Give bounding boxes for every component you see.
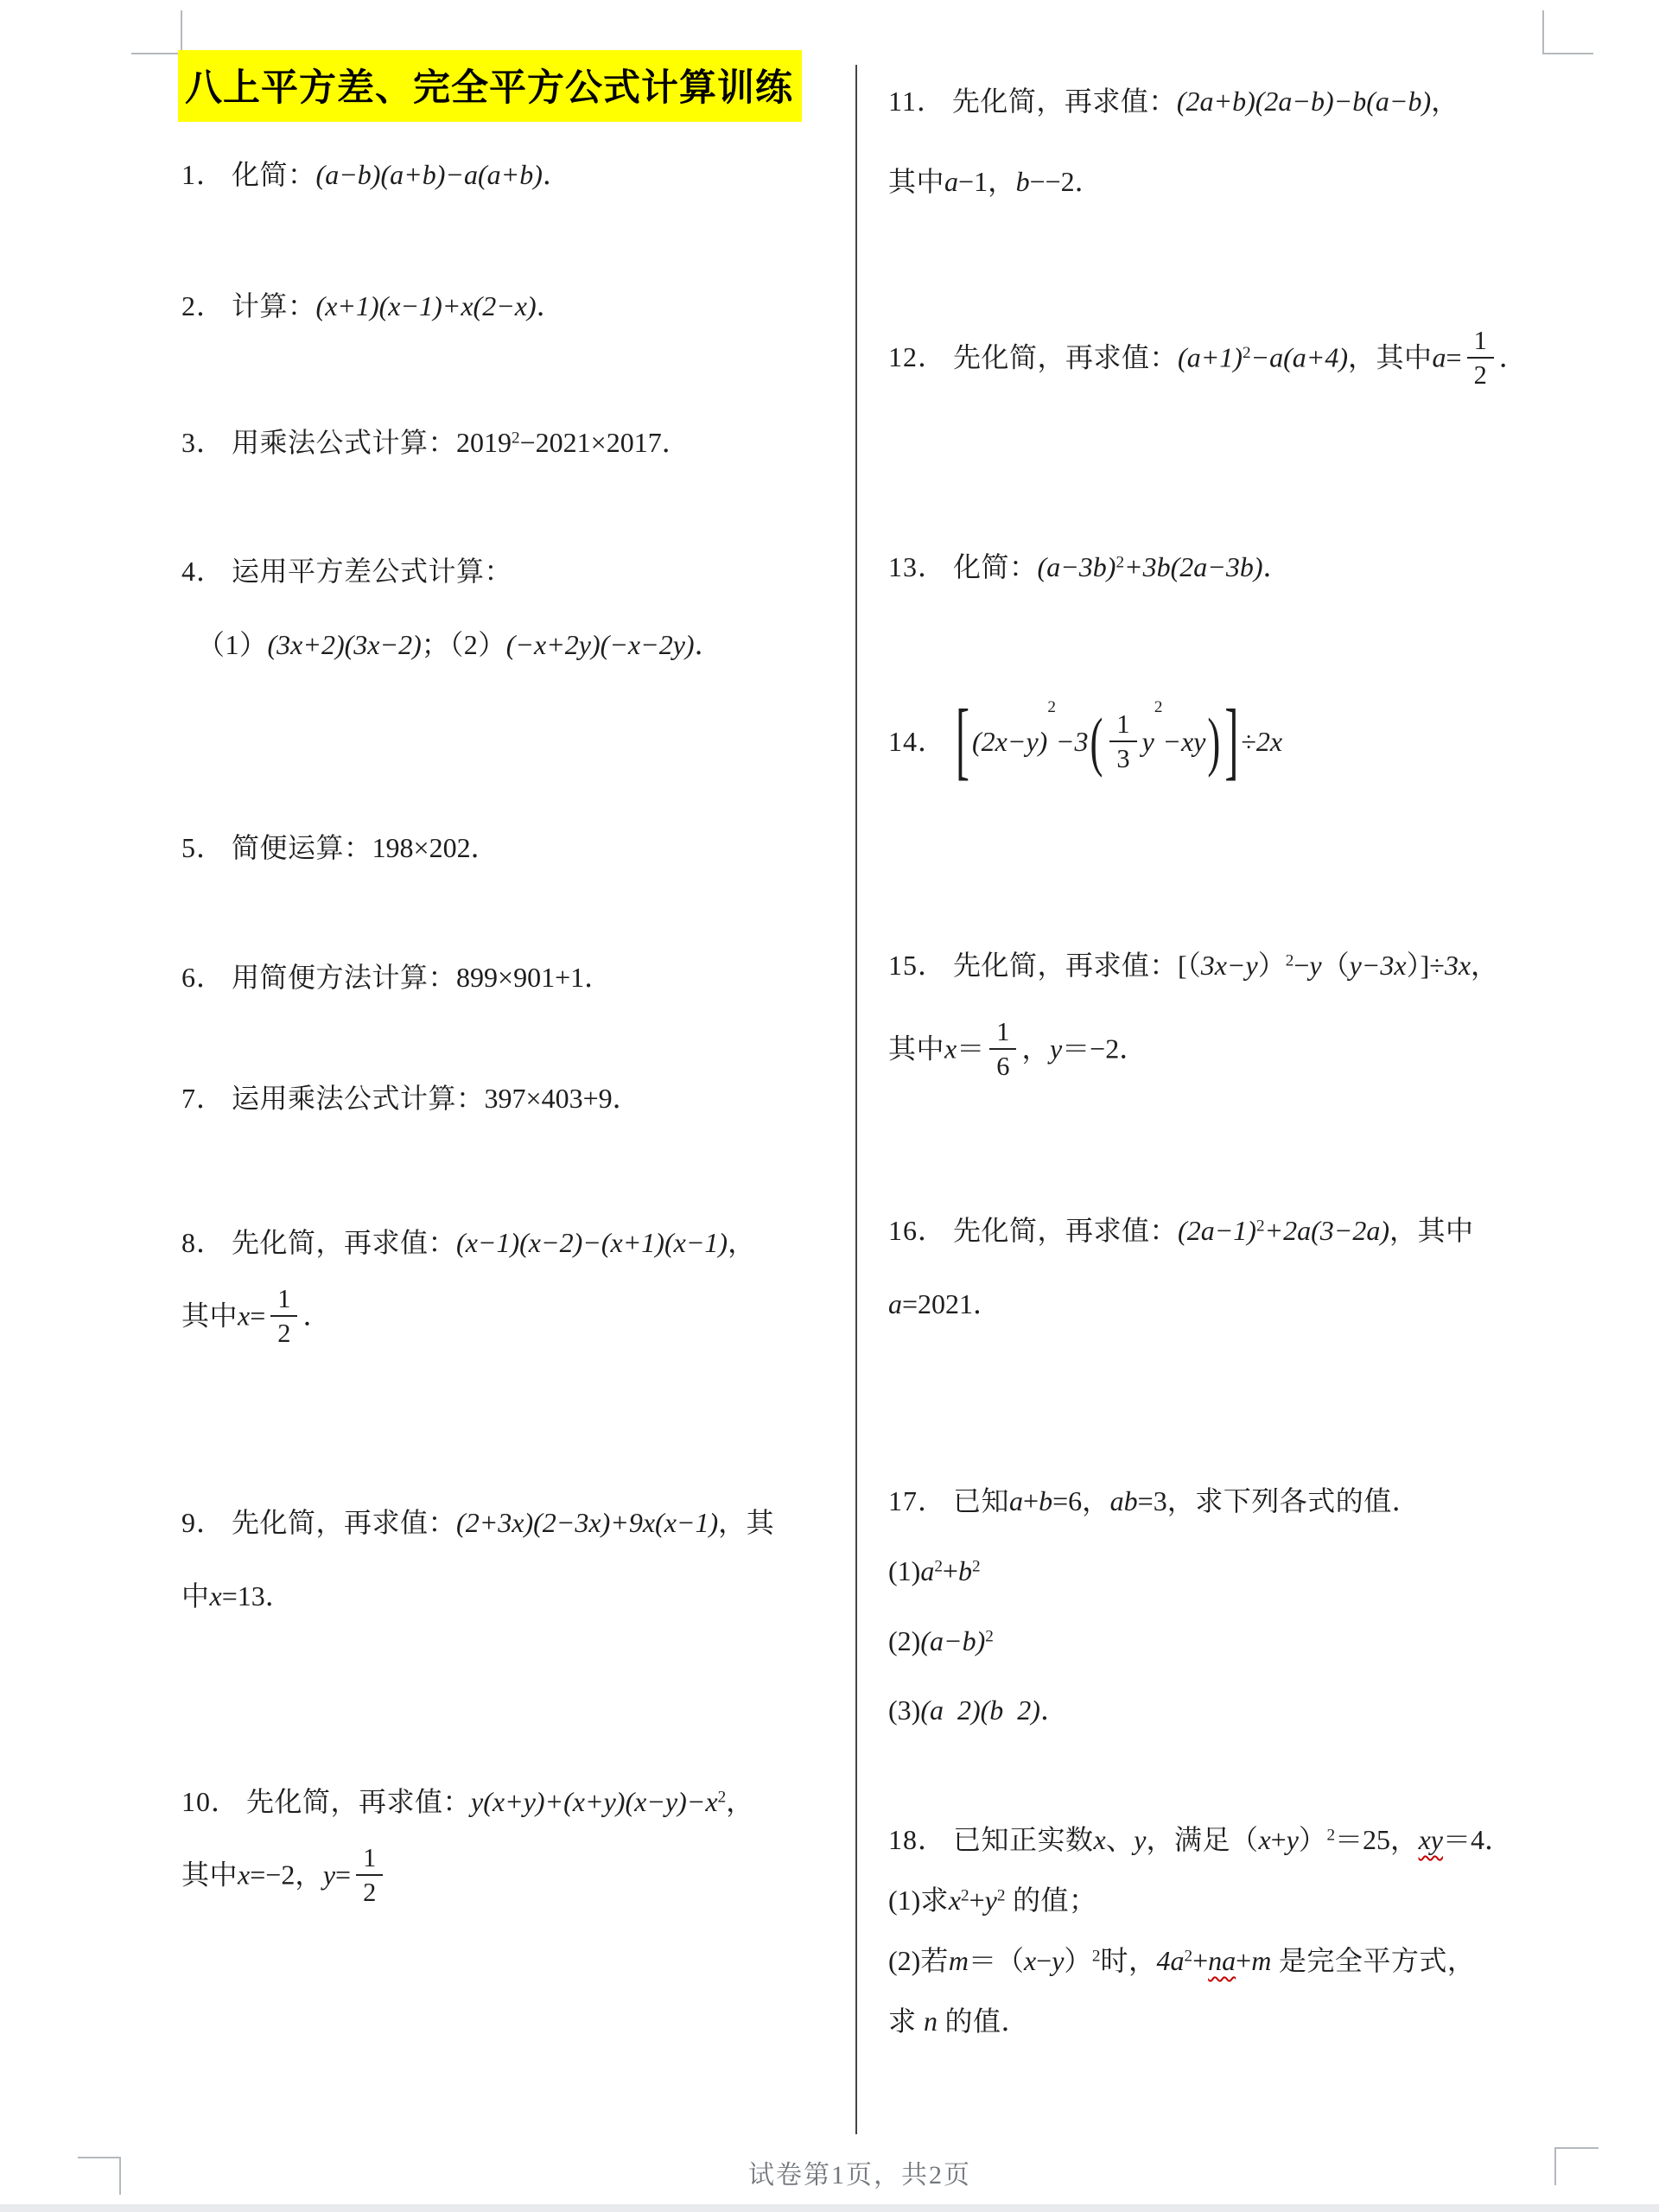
text-segment: 先化简，再求值： (953, 950, 1178, 981)
math-segment: =6 (1052, 1485, 1082, 1516)
math-segment: + (1271, 1824, 1287, 1855)
superscript: 2 (1286, 952, 1294, 970)
fraction-denominator: 6 (989, 1050, 1016, 1081)
superscript: 2 (718, 1788, 727, 1806)
text-segment: ，其中 (1389, 1215, 1474, 1246)
problem-line: 其中x=−2，y=12 (181, 1846, 847, 1910)
text-segment: 用简便方法计算： (232, 962, 456, 993)
problem-5: 5．简便运算：198×202． (181, 829, 847, 868)
superscript: 2 (972, 1557, 981, 1575)
problem-14: 14．[(2x−y)2−3(13y2−xy)]÷2x (888, 683, 1597, 799)
superscript: 2 (512, 429, 520, 447)
math-segment: −1 (958, 166, 988, 197)
math-segment: ． (302, 1300, 330, 1332)
text-segment: 是完全平方式， (1271, 1945, 1475, 1976)
problem-line: 其中x=12． (181, 1287, 847, 1351)
math-segment: x (1024, 1945, 1036, 1976)
math-segment: (a−3b) (1038, 551, 1116, 582)
text-segment: 计算： (232, 290, 316, 321)
math-segment: y (1287, 1824, 1299, 1855)
problem-line: 18．已知正实数x、y，满足（x+y）2＝25，xy＝4． (888, 1821, 1597, 1859)
math-segment: ． (1075, 166, 1103, 197)
page-bottom-edge (0, 2204, 1659, 2212)
math-segment: a (944, 166, 958, 197)
text-segment: 的值． (938, 2005, 1029, 2037)
problem-17: 17．已知a+b=6，ab=3，求下列各式的值．(1)a2+b2(2)(a−b)… (888, 1482, 1597, 1730)
problem-line: 12．先化简，再求值：(a+1)2−a(a+4)，其中a=12． (888, 328, 1597, 392)
text-segment: ， (1082, 1485, 1110, 1516)
crop-mark-top-right-horizontal (1543, 53, 1593, 54)
text-segment: ， (1021, 1033, 1050, 1065)
fraction-denominator: 2 (270, 1317, 297, 1348)
math-segment: = (1446, 341, 1462, 372)
problem-line: (2)(a−b)2 (888, 1622, 1597, 1661)
problem-number: 16． (888, 1215, 946, 1246)
math-segment: −xy (1162, 722, 1205, 761)
problem-18: 18．已知正实数x、y，满足（x+y）2＝25，xy＝4．(1)求x2+y2 的… (888, 1821, 1597, 2040)
text-segment: ；（2） (422, 629, 506, 660)
math-segment: ． (695, 629, 722, 660)
math-segment: (a 2)(b 2) (920, 1694, 1040, 1726)
problem-number: 7． (181, 1083, 225, 1114)
math-segment: x (1258, 1824, 1270, 1855)
math-segment: (2a−1) (1178, 1215, 1256, 1246)
problem-number: 14． (888, 722, 946, 761)
math-segment: −−2 (1030, 166, 1075, 197)
math-segment: ． (537, 290, 564, 321)
math-segment: x (1094, 1824, 1106, 1855)
text-segment: ） (1064, 1945, 1092, 1976)
math-segment: x (949, 1885, 961, 1916)
worksheet-page: { "page": { "title": "八上平方差、完全平方公式计算训练",… (0, 0, 1659, 2212)
math-segment: a (888, 1288, 902, 1319)
math-segment: xy (1419, 1824, 1443, 1855)
fraction: 16 (989, 1017, 1016, 1081)
math-segment: y (1134, 1824, 1146, 1855)
superscript: 2 (961, 1886, 969, 1904)
problem-4: 4．运用平方差公式计算：（1）(3x+2)(3x−2)；（2）(−x+2y)(−… (181, 552, 847, 664)
fraction-numerator: 1 (1109, 709, 1136, 742)
math-segment: (2+3x)(2−3x)+9x(x−1) (456, 1507, 718, 1538)
math-segment: −2021×2017 (520, 427, 662, 458)
fraction: 12 (356, 1843, 383, 1907)
problem-line: 17．已知a+b=6，ab=3，求下列各式的值． (888, 1482, 1597, 1521)
big-paren: ( (1090, 696, 1103, 788)
math-segment: ． (1040, 1694, 1068, 1726)
math-segment: ＝25 (1335, 1824, 1390, 1855)
math-segment: 2x (1256, 722, 1282, 761)
superscript: 2 (1047, 696, 1056, 720)
text-segment: 其中 (181, 1859, 238, 1890)
crop-mark-top-right-vertical (1542, 10, 1544, 54)
problem-line: a=2021． (888, 1285, 1597, 1324)
text-segment: 已知 (953, 1485, 1009, 1516)
text-segment: 先化简，再求值： (232, 1507, 456, 1538)
math-segment: ＝4 (1443, 1824, 1484, 1855)
math-segment: − (1036, 1945, 1052, 1976)
text-segment: ， (295, 1859, 323, 1890)
problem-number: 8． (181, 1227, 225, 1258)
problem-line: 15．先化简，再求值：[（3x−y）2−y（y−3x）]÷3x， (888, 946, 1597, 985)
text-segment: 运用乘法公式计算： (232, 1083, 485, 1114)
superscript: 2 (1243, 343, 1251, 361)
math-segment: ． (1499, 341, 1527, 372)
problem-line: 6．用简便方法计算：899×901+1． (181, 958, 847, 997)
problem-line: 14．[(2x−y)2−3(13y2−xy)]÷2x (888, 683, 1597, 799)
math-segment: (2x−y) (972, 722, 1047, 761)
problem-line: 4．运用平方差公式计算： (181, 552, 847, 591)
problem-number: 2． (181, 290, 225, 321)
math-segment: 3x (1445, 950, 1471, 981)
math-segment: (3x+2)(3x−2) (268, 629, 422, 660)
problem-line: 中x=13． (181, 1577, 847, 1616)
problem-line: 3．用乘法公式计算：20192−2021×2017． (181, 423, 847, 462)
problem-line: 13．化简：(a−3b)2+3b(2a−3b)． (888, 548, 1597, 587)
problem-number: 9． (181, 1507, 225, 1538)
math-segment: na (1208, 1945, 1236, 1976)
math-segment: (−x+2y)(−x−2y) (506, 629, 695, 660)
text-segment: ， (726, 1786, 754, 1817)
math-segment: 2019 (456, 427, 512, 458)
text-segment: ， (1431, 86, 1459, 117)
math-segment: n (924, 2005, 938, 2037)
crop-mark-top-left-horizontal (131, 53, 181, 54)
problem-8: 8．先化简，再求值：(x−1)(x−2)−(x+1)(x−1)，其中x=12． (181, 1224, 847, 1351)
problem-line: 1．化简：(a−b)(a+b)−a(a+b)． (181, 156, 847, 194)
math-segment: 899×901+1 (456, 962, 584, 993)
fraction: 13 (1109, 709, 1136, 773)
big-bracket: [ (956, 680, 969, 802)
problem-15: 15．先化简，再求值：[（3x−y）2−y（y−3x）]÷3x，其中x＝16，y… (888, 946, 1597, 1084)
math-segment: x (238, 1859, 250, 1890)
problem-number: 1． (181, 159, 225, 190)
problem-number: 5． (181, 832, 225, 863)
math-segment: x (210, 1580, 222, 1611)
document-title: 八上平方差、完全平方公式计算训练 (178, 50, 802, 122)
math-segment: (2a+b)(2a−b)−b(a−b) (1177, 86, 1431, 117)
math-segment: ． (265, 1580, 293, 1611)
math-segment: (2) (888, 1625, 920, 1656)
math-segment: ＝（ (969, 1945, 1024, 1976)
math-segment: y (1052, 1945, 1064, 1976)
math-segment: 198×202 (372, 832, 471, 863)
text-segment: ， (728, 1227, 756, 1258)
math-segment: = (250, 1300, 265, 1332)
math-segment: +2a(3−2a) (1265, 1215, 1390, 1246)
math-segment: ． (973, 1288, 1001, 1319)
text-segment: ， (988, 166, 1016, 197)
text-segment: 、 (1106, 1824, 1135, 1855)
math-segment: y (985, 1885, 997, 1916)
problem-number: 4． (181, 556, 225, 587)
problem-line: （1）(3x+2)(3x−2)；（2）(−x+2y)(−x−2y)． (181, 626, 847, 664)
math-segment: [（ (1178, 950, 1201, 981)
math-segment: =2021 (902, 1288, 973, 1319)
problem-line: 求 n 的值． (888, 2002, 1597, 2041)
problem-16: 16．先化简，再求值：(2a−1)2+2a(3−2a)，其中a=2021． (888, 1211, 1597, 1324)
crop-mark-top-left-vertical (181, 10, 182, 54)
text-segment: （1） (197, 629, 268, 660)
big-paren: ) (1207, 696, 1220, 788)
math-segment: y (1142, 722, 1154, 761)
math-segment: + (943, 1555, 958, 1586)
problem-number: 10． (181, 1786, 239, 1817)
fraction-numerator: 1 (356, 1843, 383, 1876)
math-segment: (1) (888, 1555, 920, 1586)
math-segment: ÷ (1241, 722, 1256, 761)
problem-7: 7．运用乘法公式计算：397×403+9． (181, 1079, 847, 1118)
text-segment: 运用平方差公式计算： (232, 556, 512, 587)
fraction-denominator: 3 (1109, 742, 1136, 773)
math-segment: y (1050, 1033, 1062, 1065)
math-segment: + (969, 1885, 985, 1916)
fraction-denominator: 2 (356, 1876, 383, 1907)
math-segment: y−3x (1350, 950, 1407, 981)
math-segment: −3 (1056, 722, 1089, 761)
problem-2: 2．计算：(x+1)(x−1)+x(2−x)． (181, 287, 847, 326)
math-segment: ab (1110, 1485, 1138, 1516)
fraction: 12 (1467, 326, 1494, 390)
problem-line: 16．先化简，再求值：(2a−1)2+2a(3−2a)，其中 (888, 1211, 1597, 1250)
problem-line: 8．先化简，再求值：(x−1)(x−2)−(x+1)(x−1)， (181, 1224, 847, 1262)
footer-page-info: 试卷第1页，共2页 (0, 2153, 1659, 2191)
text-segment: 化简： (232, 159, 316, 190)
math-segment: a (1433, 341, 1446, 372)
math-segment: x (944, 1033, 957, 1065)
math-segment: −a(a+4) (1251, 341, 1349, 372)
math-segment: + (1023, 1485, 1039, 1516)
problem-13: 13．化简：(a−3b)2+3b(2a−3b)． (888, 548, 1597, 587)
text-segment: 先化简，再求值： (953, 1215, 1178, 1246)
math-segment: (2) (888, 1945, 920, 1976)
math-segment: ） (1258, 950, 1286, 981)
superscript: 2 (985, 1627, 994, 1645)
math-segment: y (323, 1859, 335, 1890)
text-segment: 化简： (953, 551, 1038, 582)
right-column: 11．先化简，再求值：(2a+b)(2a−b)−b(a−b)，其中a−1，b−−… (888, 82, 1597, 2040)
superscript: 2 (1256, 1217, 1265, 1236)
math-segment: a (1009, 1485, 1023, 1516)
text-segment: 求 (920, 1885, 949, 1916)
text-segment: 简便运算： (232, 832, 372, 863)
fraction-numerator: 1 (270, 1284, 297, 1317)
text-segment: ，其中 (1348, 341, 1433, 372)
superscript: 2 (1154, 696, 1163, 720)
problem-number: 18． (888, 1824, 946, 1855)
math-segment: =3 (1138, 1485, 1167, 1516)
math-segment: +3b(2a−3b) (1124, 551, 1263, 582)
text-segment: 先化简，再求值： (246, 1786, 471, 1817)
math-segment: b (958, 1555, 972, 1586)
fraction-numerator: 1 (1467, 326, 1494, 359)
problem-line: 2．计算：(x+1)(x−1)+x(2−x)． (181, 287, 847, 326)
text-segment: 其中 (181, 1300, 238, 1332)
math-segment: (a+1) (1178, 341, 1243, 372)
math-segment: （ (1322, 950, 1350, 981)
problem-line: 其中a−1，b−−2． (888, 162, 1597, 201)
math-segment: 3x−y (1201, 950, 1258, 981)
math-segment: a (920, 1555, 934, 1586)
math-segment: ． (543, 159, 570, 190)
math-segment: = (335, 1859, 351, 1890)
text-segment: 用乘法公式计算： (232, 427, 456, 458)
problem-line: 11．先化简，再求值：(2a+b)(2a−b)−b(a−b)， (888, 82, 1597, 121)
superscript: 2 (1326, 1827, 1335, 1845)
math-segment: ）]÷ (1407, 950, 1445, 981)
text-segment: ，其 (718, 1507, 774, 1538)
problem-12: 12．先化简，再求值：(a+1)2−a(a+4)，其中a=12． (888, 328, 1597, 392)
text-segment: 其中 (888, 1033, 944, 1065)
math-segment: (3) (888, 1694, 920, 1726)
problem-line: (1)a2+b2 (888, 1552, 1597, 1591)
math-segment: =−2 (250, 1859, 295, 1890)
math-segment: ． (1263, 551, 1291, 582)
problem-number: 13． (888, 551, 946, 582)
text-segment: ） (1299, 1824, 1327, 1855)
fraction: 12 (270, 1284, 297, 1348)
text-segment: ， (1471, 950, 1499, 981)
text-segment: 其中 (888, 166, 944, 197)
problem-number: 17． (888, 1485, 946, 1516)
math-segment: m (949, 1945, 969, 1976)
text-segment: 先化简，再求值： (232, 1227, 456, 1258)
math-segment: ． (613, 1083, 640, 1114)
superscript: 2 (1092, 1947, 1101, 1965)
math-segment: ． (1119, 1033, 1147, 1065)
problem-line: 其中x＝16，y＝−2． (888, 1020, 1597, 1084)
crop-mark-bottom-right-horizontal (1555, 2147, 1599, 2149)
problem-number: 11． (888, 86, 945, 117)
math-segment: − (1294, 950, 1309, 981)
text-segment: 先化简，再求值： (953, 341, 1178, 372)
problem-number: 3． (181, 427, 225, 458)
problem-1: 1．化简：(a−b)(a+b)−a(a+b)． (181, 156, 847, 194)
text-segment: 中 (181, 1580, 210, 1611)
math-segment: =13 (222, 1580, 265, 1611)
text-segment: 求 (888, 2005, 924, 2037)
math-segment: (1) (888, 1885, 920, 1916)
text-segment: 的值； (1005, 1885, 1096, 1916)
math-segment: (a−b) (920, 1625, 985, 1656)
text-segment: ， (1390, 1824, 1419, 1855)
math-segment: 397×403+9 (485, 1083, 613, 1114)
problem-line: 10．先化简，再求值：y(x+y)+(x+y)(x−y)−x2， (181, 1783, 847, 1821)
big-bracket: ] (1224, 680, 1238, 802)
fraction-denominator: 2 (1467, 359, 1494, 390)
problem-9: 9．先化简，再求值：(2+3x)(2−3x)+9x(x−1)，其中x=13． (181, 1503, 847, 1616)
left-column: 1．化简：(a−b)(a+b)−a(a+b)．2．计算：(x+1)(x−1)+x… (181, 156, 847, 1910)
problem-11: 11．先化简，再求值：(2a+b)(2a−b)−b(a−b)，其中a−1，b−−… (888, 82, 1597, 201)
math-segment: ． (1484, 1824, 1512, 1855)
problem-10: 10．先化简，再求值：y(x+y)+(x+y)(x−y)−x2，其中x=−2，y… (181, 1783, 847, 1910)
problem-number: 6． (181, 962, 225, 993)
math-segment: x (238, 1300, 250, 1332)
superscript: 2 (934, 1557, 943, 1575)
math-segment: ． (471, 832, 499, 863)
text-segment: 时， (1101, 1945, 1157, 1976)
math-segment: (x+1)(x−1)+x(2−x) (316, 290, 537, 321)
math-segment: m (1251, 1945, 1271, 1976)
math-segment: ＝ (957, 1033, 984, 1065)
problem-line: (1)求x2+y2 的值； (888, 1881, 1597, 1920)
math-segment: y(x+y)+(x+y)(x−y)−x (471, 1786, 718, 1817)
problem-number: 15． (888, 950, 946, 981)
text-segment: ，求下列各式的值． (1167, 1485, 1421, 1516)
problem-number: 12． (888, 341, 946, 372)
math-segment: + (1192, 1945, 1208, 1976)
math-segment: b (1039, 1485, 1052, 1516)
problem-line: (3)(a 2)(b 2)． (888, 1691, 1597, 1730)
math-segment: ＝−2 (1062, 1033, 1119, 1065)
problem-line: (2)若m＝（x−y）2时，4a2+na+m 是完全平方式， (888, 1942, 1597, 1980)
fraction-numerator: 1 (989, 1017, 1016, 1050)
math-segment: + (1236, 1945, 1251, 1976)
math-segment: (x−1)(x−2)−(x+1)(x−1) (456, 1227, 728, 1258)
problem-line: 9．先化简，再求值：(2+3x)(2−3x)+9x(x−1)，其 (181, 1503, 847, 1542)
text-segment: 若 (920, 1945, 949, 1976)
math-segment: (a−b)(a+b)−a(a+b) (316, 159, 543, 190)
math-segment: 4a (1157, 1945, 1185, 1976)
problem-line: 7．运用乘法公式计算：397×403+9． (181, 1079, 847, 1118)
text-segment: ，满足（ (1146, 1824, 1258, 1855)
problem-line: 5．简便运算：198×202． (181, 829, 847, 868)
superscript: 2 (1116, 553, 1124, 571)
math-segment: y (1309, 950, 1321, 981)
column-divider (855, 65, 857, 2134)
math-segment: ． (584, 962, 612, 993)
superscript: 2 (1185, 1947, 1193, 1965)
problem-6: 6．用简便方法计算：899×901+1． (181, 958, 847, 997)
math-segment: b (1016, 166, 1030, 197)
text-segment: 先化简，再求值： (952, 86, 1177, 117)
math-segment: ． (662, 427, 690, 458)
text-segment: 已知正实数 (953, 1824, 1094, 1855)
problem-3: 3．用乘法公式计算：20192−2021×2017． (181, 423, 847, 462)
